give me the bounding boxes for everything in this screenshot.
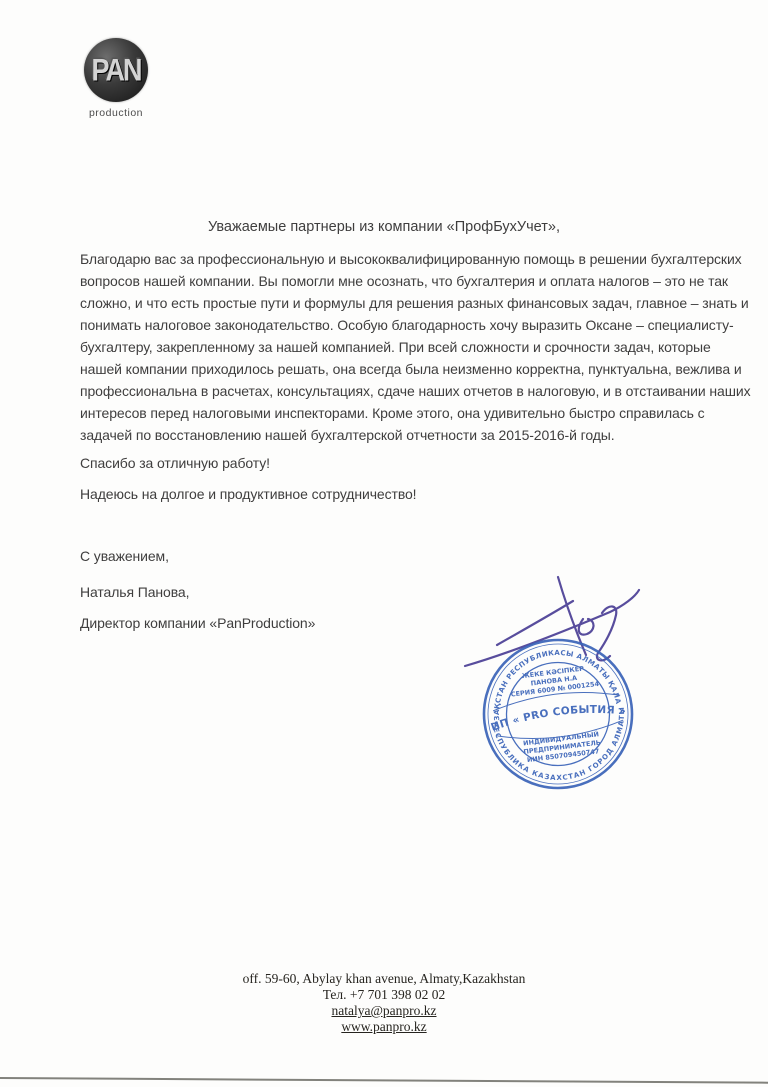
logo-caption: production [80,107,152,119]
body-line: задачей по восстановлению нашей бухгалте… [80,427,615,449]
footer-website-link[interactable]: www.panpro.kz [0,1019,768,1035]
signer-name: Наталья Панова, [80,584,189,600]
body-line: бухгалтеру, закрепленному за нашей компа… [80,339,711,361]
signer-title: Директор компании «PanProduction» [80,615,315,631]
salutation: Уважаемые партнеры из компании «ПрофБухУ… [0,219,768,235]
body-line: профессиональна в расчетах, консультация… [80,383,750,405]
footer-phone: Тел. +7 701 398 02 02 [0,987,768,1003]
hope-line: Надеюсь на долгое и продуктивное сотрудн… [80,486,416,502]
company-logo: PAN [84,38,148,102]
footer-email-link[interactable]: natalya@panpro.kz [0,1003,768,1019]
footer-contact-block: off. 59-60, Abylay khan avenue, Almaty,K… [0,971,768,1035]
body-line: понимать налоговое законодательство. Осо… [80,317,734,339]
body-line: вопросов нашей компании. Вы помогли мне … [80,273,728,295]
body-line: интересов перед налоговыми инспекторами.… [80,405,705,427]
closing-line: С уважением, [80,548,169,564]
body-line: нашей компании приходилось решать, она в… [80,361,742,383]
body-line: сложно, и что есть простые пути и формул… [80,295,749,317]
body-line: Благодарю вас за профессиональную и высо… [80,251,742,273]
scan-edge-line [0,1077,768,1084]
company-stamp: ҚАЗАҚСТАН РЕСПУБЛИКАСЫ АЛМАТЫ ҚАЛАСЫ РЕС… [469,625,647,803]
thanks-line: Спасибо за отличную работу! [80,455,270,471]
footer-address: off. 59-60, Abylay khan avenue, Almaty,K… [0,971,768,987]
logo-monogram: PAN [91,52,140,88]
scanned-letter-page: PAN production Уважаемые партнеры из ком… [0,0,768,1087]
